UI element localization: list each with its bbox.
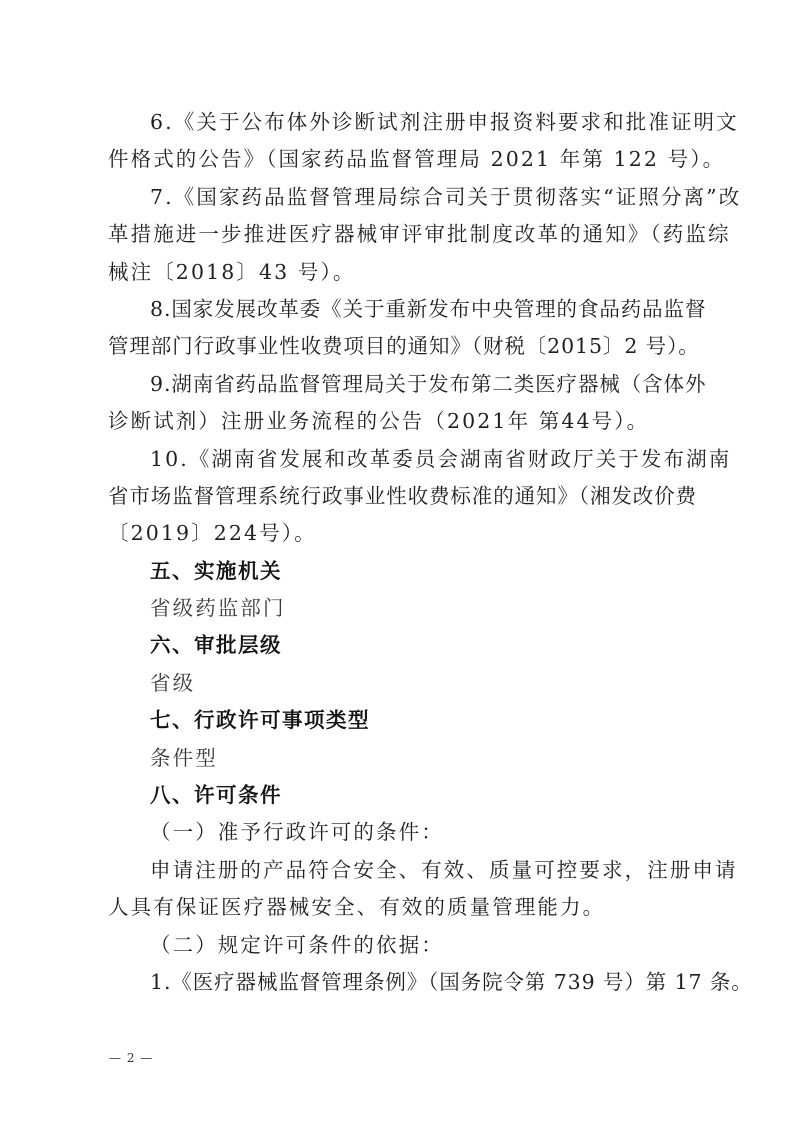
section-heading-license-conditions: 八、许可条件 xyxy=(108,777,702,814)
reference-6-line-1: 6.《关于公布体外诊断试剂注册申报资料要求和批准证明文 xyxy=(108,104,702,141)
implementing-agency-value: 省级药监部门 xyxy=(108,590,702,627)
reference-10-line-2: 省市场监督管理系统行政事业性收费标准的通知》（湘发改价费 xyxy=(108,478,702,515)
reference-7-line-3: 械注〔2018〕43 号）。 xyxy=(108,254,702,291)
document-body: 6.《关于公布体外诊断试剂注册申报资料要求和批准证明文 件格式的公告》（国家药品… xyxy=(108,104,702,1001)
reference-6-line-2: 件格式的公告》（国家药品监督管理局 2021 年第 122 号）。 xyxy=(108,141,702,178)
reference-9-line-1: 9.湖南省药品监督管理局关于发布第二类医疗器械（含体外 xyxy=(108,366,702,403)
page-number: — 2 — xyxy=(109,1051,153,1065)
reference-9-line-2: 诊断试剂）注册业务流程的公告（2021年 第44号）。 xyxy=(108,403,702,440)
license-type-value: 条件型 xyxy=(108,740,702,777)
reference-10-line-1: 10.《湖南省发展和改革委员会湖南省财政厅关于发布湖南 xyxy=(108,441,702,478)
reference-10-line-3: 〔2019〕224号）。 xyxy=(108,515,702,552)
approval-conditions-line-1: 申请注册的产品符合安全、有效、质量可控要求，注册申请 xyxy=(108,852,702,889)
reference-7-line-1: 7.《国家药品监督管理局综合司关于贯彻落实“证照分离”改 xyxy=(108,179,702,216)
conditions-basis-item-1: 1.《医疗器械监督管理条例》（国务院令第 739 号）第 17 条。 xyxy=(108,964,702,1001)
approval-level-value: 省级 xyxy=(108,665,702,702)
reference-8-line-1: 8.国家发展改革委《关于重新发布中央管理的食品药品监督 xyxy=(108,291,702,328)
section-heading-license-type: 七、行政许可事项类型 xyxy=(108,702,702,739)
subsection-approval-conditions: （一）准予行政许可的条件： xyxy=(108,814,702,851)
approval-conditions-line-2: 人具有保证医疗器械安全、有效的质量管理能力。 xyxy=(108,889,702,926)
reference-7-line-2: 革措施进一步推进医疗器械审评审批制度改革的通知》（药监综 xyxy=(108,216,702,253)
section-heading-implementing-agency: 五、实施机关 xyxy=(108,553,702,590)
document-page: 6.《关于公布体外诊断试剂注册申报资料要求和批准证明文 件格式的公告》（国家药品… xyxy=(0,0,800,1131)
reference-8-line-2: 管理部门行政事业性收费项目的通知》（财税〔2015〕2 号）。 xyxy=(108,328,702,365)
subsection-conditions-basis: （二）规定许可条件的依据： xyxy=(108,927,702,964)
section-heading-approval-level: 六、审批层级 xyxy=(108,627,702,664)
